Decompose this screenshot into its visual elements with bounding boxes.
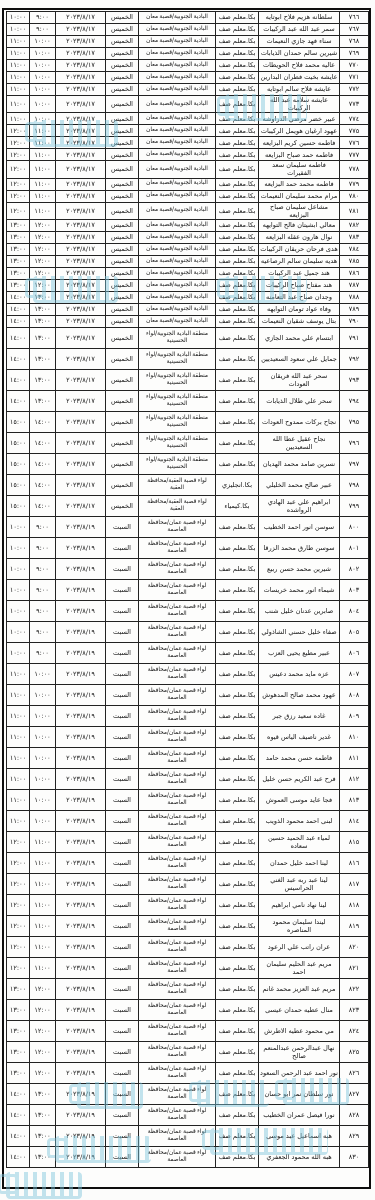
cell-from: ١٢:٠٠ <box>30 219 56 231</box>
cell-directorate: لواء قصبة عمان/محافظة العاصمة <box>139 873 216 894</box>
schedule-table: ٧٦٦سلطانه هزيم فلاح ابوتايهبكا.معلم صفال… <box>6 11 369 1168</box>
cell-qualification: بكا.معلم صف <box>216 663 259 684</box>
cell-day: السبت <box>106 894 139 915</box>
cell-day: السبت <box>106 1083 139 1104</box>
cell-to: ١٢:٠٠ <box>7 915 30 936</box>
cell-date: ٢٠٢٣/٨/١٧ <box>56 315 106 327</box>
cell-directorate: لواء قصبة عمان/محافظة العاصمة <box>139 726 216 747</box>
cell-qualification: بكا.معلم صف <box>216 726 259 747</box>
cell-day: الخميس <box>106 231 139 243</box>
cell-name: نجاح عقيل عطا الله السعيديين <box>259 432 340 453</box>
cell-from: ١٢:٠٠ <box>30 231 56 243</box>
cell-no: ٨٠١ <box>340 537 369 558</box>
cell-from: ١٠:٠٠ <box>30 705 56 726</box>
cell-from: ١٠:٠٠ <box>30 726 56 747</box>
cell-directorate: لواء قصبة عمان/محافظة العاصمة <box>139 1020 216 1041</box>
cell-no: ٧٩٦ <box>340 432 369 453</box>
cell-from: ١٠:٠٠ <box>30 48 56 60</box>
cell-name: فاطمه محمد حمد البزايعه <box>259 178 340 190</box>
cell-date: ٢٠٢٣/٨/١٧ <box>56 495 106 516</box>
cell-from: ١١:٠٠ <box>30 190 56 202</box>
cell-day: السبت <box>106 1062 139 1083</box>
cell-from: ١٢:٠٠ <box>30 999 56 1020</box>
table-row: ٨٢٥نهال عبدالرحمن عبدالمنعم صالحبكا.معلم… <box>7 1041 369 1062</box>
cell-date: ٢٠٢٣/٨/١٧ <box>56 231 106 243</box>
table-row: ٨٠٦عبير مطيع يحيى العزببكا.معلم صفلواء ق… <box>7 642 369 663</box>
cell-name: عايشه بخيت فطران البدارين <box>259 72 340 84</box>
cell-name: مريم عبد الحليم سليمان احمد <box>259 957 340 978</box>
cell-qualification: بكا.معلم صف <box>216 642 259 663</box>
cell-qualification: بكا.معلم صف <box>216 84 259 96</box>
cell-no: ٧٩٨ <box>340 474 369 495</box>
cell-name: صابرين عدنان خليل شنب <box>259 600 340 621</box>
cell-from: ٩:٠٠ <box>30 600 56 621</box>
cell-day: الخميس <box>106 60 139 72</box>
cell-date: ٢٠٢٣/٨/١٩ <box>56 768 106 789</box>
cell-name: عبير مطيع يحيى العزب <box>259 642 340 663</box>
cell-qualification: بكا.معلم صف <box>216 48 259 60</box>
cell-name: لينا احمد خليل حمدان <box>259 852 340 873</box>
cell-day: السبت <box>106 915 139 936</box>
cell-no: ٧٨٧ <box>340 279 369 291</box>
table-row: ٧٦٨سناء فهد جازي النعيماتبكا.معلم صفالبا… <box>7 36 369 48</box>
cell-directorate: منطقة البادية الجنوبية/لواء الحسينية <box>139 390 216 411</box>
cell-date: ٢٠٢٣/٨/١٧ <box>56 36 106 48</box>
cell-to: ١٣:٠٠ <box>7 255 30 267</box>
cell-to: ١٥:٠٠ <box>7 474 30 495</box>
cell-directorate: البادية الجنوبية/قصبة معان <box>139 96 216 113</box>
cell-from: ١١:٠٠ <box>30 831 56 852</box>
cell-no: ٨١٩ <box>340 915 369 936</box>
table-row: ٨١٨لينا نهاد نامي ابراهيمبكا.معلم صفلواء… <box>7 894 369 915</box>
cell-name: هبه الله محمود الجعفري <box>259 1146 340 1167</box>
cell-date: ٢٠٢٣/٨/١٩ <box>56 705 106 726</box>
cell-directorate: البادية الجنوبية/قصبة معان <box>139 178 216 190</box>
cell-directorate: منطقة البادية الجنوبية/لواء الحسينية <box>139 348 216 369</box>
cell-date: ٢٠٢٣/٨/١٧ <box>56 411 106 432</box>
cell-to: ١٢:٠٠ <box>7 936 30 957</box>
cell-name: لينا نهاد نامي ابراهيم <box>259 894 340 915</box>
table-row: ٧٩٣سحر عبد الله فريقان العوداتبكا.معلم ص… <box>7 369 369 390</box>
cell-no: ٨١٥ <box>340 831 369 852</box>
cell-day: السبت <box>106 642 139 663</box>
cell-date: ٢٠٢٣/٨/١٧ <box>56 279 106 291</box>
cell-from: ١٠:٠٠ <box>30 663 56 684</box>
table-row: ٧٩٦نجاح عقيل عطا الله السعيديينبكا.معلم … <box>7 432 369 453</box>
cell-day: السبت <box>106 1125 139 1146</box>
cell-qualification: بكا.معلم صف <box>216 600 259 621</box>
cell-to: ١١:٠٠ <box>7 84 30 96</box>
cell-directorate: البادية الجنوبية/قصبة معان <box>139 315 216 327</box>
cell-qualification: بكا.معلم صف <box>216 873 259 894</box>
cell-directorate: لواء قصبة عمان/محافظة العاصمة <box>139 810 216 831</box>
cell-directorate: البادية الجنوبية/قصبة معان <box>139 84 216 96</box>
cell-qualification: بكا.معلم صف <box>216 202 259 219</box>
cell-date: ٢٠٢٣/٨/١٩ <box>56 600 106 621</box>
cell-from: ٩:٠٠ <box>30 516 56 537</box>
cell-no: ٧٩٥ <box>340 411 369 432</box>
cell-directorate: لواء قصبة عمان/محافظة العاصمة <box>139 1062 216 1083</box>
cell-name: هند مفتاح صباح الركيبات <box>259 279 340 291</box>
cell-qualification: بكا.معلم صف <box>216 1125 259 1146</box>
cell-day: الخميس <box>106 178 139 190</box>
cell-day: السبت <box>106 1146 139 1167</box>
table-row: ٧٨٣نوال هارون عقله البزايعهبكا.معلم صفال… <box>7 231 369 243</box>
cell-day: السبت <box>106 957 139 978</box>
cell-directorate: منطقة البادية الجنوبية/لواء الحسينية <box>139 432 216 453</box>
cell-from: ١٣:٠٠ <box>30 327 56 348</box>
cell-qualification: بكا.معلم صف <box>216 12 259 24</box>
cell-directorate: البادية الجنوبية/قصبة معان <box>139 190 216 202</box>
cell-no: ٧٧٧ <box>340 149 369 161</box>
cell-date: ٢٠٢٣/٨/١٩ <box>56 789 106 810</box>
cell-date: ٢٠٢٣/٨/١٧ <box>56 348 106 369</box>
cell-no: ٧٧٦ <box>340 137 369 149</box>
cell-date: ٢٠٢٣/٨/١٧ <box>56 161 106 178</box>
cell-from: ١٣:٠٠ <box>30 1083 56 1104</box>
cell-to: ١٠:٠٠ <box>7 558 30 579</box>
cell-from: ١٠:٠٠ <box>30 789 56 810</box>
cell-from: ١٣:٠٠ <box>30 369 56 390</box>
cell-from: ١١:٠٠ <box>30 125 56 137</box>
table-row: ٨١١فاطمه حسن محمد حامدبكا.معلم صفلواء قص… <box>7 747 369 768</box>
cell-directorate: لواء قصبة عمان/محافظة العاصمة <box>139 936 216 957</box>
cell-day: الخميس <box>106 219 139 231</box>
cell-no: ٨٢٢ <box>340 978 369 999</box>
cell-day: السبت <box>106 537 139 558</box>
cell-name: مرام محمد سليمان النعيمات <box>259 190 340 202</box>
cell-to: ١٢:٠٠ <box>7 202 30 219</box>
cell-from: ١١:٠٠ <box>30 936 56 957</box>
cell-to: ١٢:٠٠ <box>7 873 30 894</box>
table-row: ٧٦٩شيرين سالم حمدان الذياباتبكا.معلم صفا… <box>7 48 369 60</box>
cell-date: ٢٠٢٣/٨/١٩ <box>56 684 106 705</box>
cell-no: ٧٩٠ <box>340 315 369 327</box>
cell-name: صفاء خليل حسني الشاذولي <box>259 621 340 642</box>
cell-qualification: بكا.معلم صف <box>216 96 259 113</box>
cell-from: ١٠:٠٠ <box>30 684 56 705</box>
cell-directorate: البادية الجنوبية/قصبة معان <box>139 303 216 315</box>
cell-day: السبت <box>106 621 139 642</box>
cell-directorate: لواء قصبة عمان/محافظة العاصمة <box>139 915 216 936</box>
cell-day: الخميس <box>106 279 139 291</box>
table-row: ٨٢٧نور سلطان نمر ابو حسانبكا.معلم صفلواء… <box>7 1083 369 1104</box>
cell-date: ٢٠٢٣/٨/١٩ <box>56 1125 106 1146</box>
cell-date: ٢٠٢٣/٨/١٩ <box>56 537 106 558</box>
cell-from: ١٢:٠٠ <box>30 243 56 255</box>
cell-name: نور سلطان نمر ابو حسان <box>259 1083 340 1104</box>
cell-no: ٨٢٧ <box>340 1083 369 1104</box>
cell-day: الخميس <box>106 453 139 474</box>
cell-date: ٢٠٢٣/٨/١٩ <box>56 579 106 600</box>
cell-directorate: البادية الجنوبية/قصبة معان <box>139 125 216 137</box>
cell-qualification: بكا.معلم صف <box>216 684 259 705</box>
cell-directorate: البادية الجنوبية/قصبة معان <box>139 243 216 255</box>
cell-date: ٢٠٢٣/٨/١٩ <box>56 978 106 999</box>
cell-name: سوسن انور احمد الخطيب <box>259 516 340 537</box>
table-row: ٧٧٦فاطمه حسين كريم البزايعهبكا.معلم صفال… <box>7 137 369 149</box>
cell-directorate: لواء قصبة عمان/محافظة العاصمة <box>139 621 216 642</box>
cell-to: ١٣:٠٠ <box>7 267 30 279</box>
cell-no: ٨١٢ <box>340 768 369 789</box>
cell-from: ١١:٠٠ <box>30 161 56 178</box>
cell-name: عايشه فلاح سالم ابوتايه <box>259 84 340 96</box>
cell-to: ١٠:٠٠ <box>7 24 30 36</box>
table-row: ٧٨٦هند جميل عبد الركيباتبكا.معلم صفالباد… <box>7 267 369 279</box>
cell-to: ١١:٠٠ <box>7 96 30 113</box>
cell-to: ١٢:٠٠ <box>7 852 30 873</box>
cell-directorate: لواء قصبة عمان/محافظة العاصمة <box>139 537 216 558</box>
table-row: ٧٨٥هديه سليمان سالم الرصاعيهبكا.معلم صفا… <box>7 255 369 267</box>
table-row: ٧٩١ابتسام علي محمد الجازيبكا.معلم صفمنطق… <box>7 327 369 348</box>
cell-to: ١٣:٠٠ <box>7 1062 30 1083</box>
cell-date: ٢٠٢٣/٨/١٩ <box>56 1041 106 1062</box>
cell-name: جمايل علي سعود السعيديين <box>259 348 340 369</box>
table-row: ٧٩٨عبير صالح محمد الخليليبكا.انجليزيلواء… <box>7 474 369 495</box>
cell-date: ٢٠٢٣/٨/١٩ <box>56 1083 106 1104</box>
table-row: ٨١٧لينا عبد ربه عبد الغني الحراسيسبكا.مع… <box>7 873 369 894</box>
table-row: ٨٢٤مي محمود عطيه الاطرشبكا.معلم صفلواء ق… <box>7 1020 369 1041</box>
cell-qualification: بكا.معلم صف <box>216 279 259 291</box>
cell-qualification: بكا.معلم صف <box>216 60 259 72</box>
table-row: ٧٨٠مرام محمد سليمان النعيماتبكا.معلم صفا… <box>7 190 369 202</box>
table-row: ٨٠٠سوسن انور احمد الخطيببكا.معلم صفلواء … <box>7 516 369 537</box>
cell-date: ٢٠٢٣/٨/١٩ <box>56 957 106 978</box>
cell-to: ١٣:٠٠ <box>7 1020 30 1041</box>
cell-no: ٧٦٧ <box>340 24 369 36</box>
cell-directorate: لواء قصبة عمان/محافظة العاصمة <box>139 558 216 579</box>
cell-name: هديه سليمان سالم الرصاعيه <box>259 255 340 267</box>
cell-no: ٨١٠ <box>340 726 369 747</box>
cell-day: السبت <box>106 873 139 894</box>
cell-directorate: البادية الجنوبية/قصبة معان <box>139 267 216 279</box>
cell-day: السبت <box>106 831 139 852</box>
cell-no: ٧٨٥ <box>340 255 369 267</box>
cell-no: ٨٠٢ <box>340 558 369 579</box>
cell-no: ٨٠٦ <box>340 642 369 663</box>
cell-day: الخميس <box>106 84 139 96</box>
cell-name: شيرين محمد حسن ربيع <box>259 558 340 579</box>
cell-to: ١٤:٠٠ <box>7 315 30 327</box>
cell-date: ٢٠٢٣/٨/١٩ <box>56 558 106 579</box>
cell-day: الخميس <box>106 348 139 369</box>
table-row: ٧٨٢معالي ابشيتان فالح التوايههبكا.معلم ص… <box>7 219 369 231</box>
cell-name: مشاعل سليمان صباح البزايعه <box>259 202 340 219</box>
schedule-table-body: ٧٦٦سلطانه هزيم فلاح ابوتايهبكا.معلم صفال… <box>7 12 369 1168</box>
cell-name: بتال يوسف شقيان النعيمات <box>259 315 340 327</box>
table-row: ٧٧٣عايشه سلامه عبد الله الركيباتبكا.معلم… <box>7 96 369 113</box>
cell-no: ٧٨١ <box>340 202 369 219</box>
cell-qualification: بكا.كيمياء <box>216 495 259 516</box>
cell-no: ٧٨٠ <box>340 190 369 202</box>
cell-no: ٧٧٣ <box>340 96 369 113</box>
cell-date: ٢٠٢٣/٨/١٧ <box>56 84 106 96</box>
cell-day: الخميس <box>106 255 139 267</box>
cell-to: ١١:٠٠ <box>7 705 30 726</box>
cell-qualification: بكا.معلم صف <box>216 1020 259 1041</box>
cell-no: ٨٢٦ <box>340 1062 369 1083</box>
cell-no: ٧٧٨ <box>340 161 369 178</box>
cell-no: ٨٢٣ <box>340 999 369 1020</box>
cell-to: ١٥:٠٠ <box>7 453 30 474</box>
cell-qualification: بكا.معلم صف <box>216 178 259 190</box>
cell-day: السبت <box>106 1104 139 1125</box>
cell-date: ٢٠٢٣/٨/١٧ <box>56 453 106 474</box>
cell-to: ١١:٠٠ <box>7 789 30 810</box>
cell-day: الخميس <box>106 190 139 202</box>
cell-date: ٢٠٢٣/٨/١٧ <box>56 202 106 219</box>
cell-name: عبير صالح محمد الخليلي <box>259 474 340 495</box>
cell-day: الخميس <box>106 474 139 495</box>
cell-qualification: بكا.معلم صف <box>216 327 259 348</box>
table-row: ٨٢٩هبه اسماعيل عبد موسىبكا.معلم صفلواء ق… <box>7 1125 369 1146</box>
cell-to: ١٤:٠٠ <box>7 369 30 390</box>
table-row: ٨٠٣شيماء انور محمد خريساتبكا.معلم صفلواء… <box>7 579 369 600</box>
cell-directorate: البادية الجنوبية/قصبة معان <box>139 161 216 178</box>
cell-from: ٩:٠٠ <box>30 537 56 558</box>
cell-name: نهال عبدالرحمن عبدالمنعم صالح <box>259 1041 340 1062</box>
cell-to: ١٠:٠٠ <box>7 621 30 642</box>
cell-no: ٧٧٥ <box>340 125 369 137</box>
cell-name: نور احمد عبد الرحمن السعود <box>259 1062 340 1083</box>
cell-day: الخميس <box>106 149 139 161</box>
cell-day: الخميس <box>106 315 139 327</box>
table-row: ٨٠٤صابرين عدنان خليل شنببكا.معلم صفلواء … <box>7 600 369 621</box>
cell-qualification: بكا.معلم صف <box>216 149 259 161</box>
cell-from: ١٢:٠٠ <box>30 978 56 999</box>
cell-date: ٢٠٢٣/٨/١٩ <box>56 831 106 852</box>
cell-from: ١٠:٠٠ <box>30 113 56 125</box>
table-row: ٨١٢فرح عبد الكريم حسن خليلبكا.معلم صفلوا… <box>7 768 369 789</box>
cell-directorate: لواء قصبة عمان/محافظة العاصمة <box>139 642 216 663</box>
cell-date: ٢٠٢٣/٨/١٩ <box>56 1104 106 1125</box>
cell-day: الخميس <box>106 161 139 178</box>
cell-qualification: بكا.معلم صف <box>216 936 259 957</box>
cell-directorate: منطقة البادية الجنوبية/لواء الحسينية <box>139 369 216 390</box>
cell-from: ١٠:٠٠ <box>30 96 56 113</box>
cell-name: مي محمود عطيه الاطرش <box>259 1020 340 1041</box>
cell-directorate: البادية الجنوبية/قصبة معان <box>139 72 216 84</box>
cell-no: ٨٠٥ <box>340 621 369 642</box>
cell-to: ١٢:٠٠ <box>7 149 30 161</box>
cell-no: ٨٠٠ <box>340 516 369 537</box>
cell-no: ٧٨٣ <box>340 231 369 243</box>
cell-directorate: البادية الجنوبية/قصبة معان <box>139 279 216 291</box>
cell-day: الخميس <box>106 327 139 348</box>
cell-no: ٨١٧ <box>340 873 369 894</box>
cell-name: فاطمه حمد صباح البزايعه <box>259 149 340 161</box>
cell-directorate: البادية الجنوبية/قصبة معان <box>139 291 216 303</box>
cell-day: السبت <box>106 663 139 684</box>
cell-from: ١١:٠٠ <box>30 178 56 190</box>
cell-from: ١١:٠٠ <box>30 957 56 978</box>
cell-from: ١١:٠٠ <box>30 149 56 161</box>
cell-qualification: بكا.معلم صف <box>216 831 259 852</box>
cell-directorate: لواء قصبة عمان/محافظة العاصمة <box>139 768 216 789</box>
cell-directorate: البادية الجنوبية/قصبة معان <box>139 113 216 125</box>
cell-day: السبت <box>106 852 139 873</box>
cell-day: السبت <box>106 558 139 579</box>
table-row: ٨٢١مريم عبد الحليم سليمان احمدبكا.معلم ص… <box>7 957 369 978</box>
cell-from: ١٣:٠٠ <box>30 303 56 315</box>
cell-day: الخميس <box>106 432 139 453</box>
cell-directorate: لواء قصبة عمان/محافظة العاصمة <box>139 831 216 852</box>
cell-to: ١١:٠٠ <box>7 113 30 125</box>
cell-to: ١٢:٠٠ <box>7 894 30 915</box>
cell-date: ٢٠٢٣/٨/١٧ <box>56 474 106 495</box>
cell-day: السبت <box>106 600 139 621</box>
cell-name: شيماء انور محمد خريسات <box>259 579 340 600</box>
cell-date: ٢٠٢٣/٨/١٩ <box>56 936 106 957</box>
cell-name: فاطمه حسن محمد حامد <box>259 747 340 768</box>
cell-to: ١٠:٠٠ <box>7 579 30 600</box>
table-row: ٧٧٩فاطمه محمد حمد البزايعهبكا.معلم صفالب… <box>7 178 369 190</box>
cell-qualification: بكا.معلم صف <box>216 303 259 315</box>
table-row: ٧٦٧سمر عبد الله عبد الركيباتبكا.معلم صفا… <box>7 24 369 36</box>
cell-qualification: بكا.معلم صف <box>216 243 259 255</box>
table-row: ٧٧٨فاطمه سليمان سعد الفقيراتبكا.معلم صفا… <box>7 161 369 178</box>
cell-directorate: لواء قصبة عمان/محافظة العاصمة <box>139 1083 216 1104</box>
cell-qualification: بكا.معلم صف <box>216 1104 259 1125</box>
cell-directorate: البادية الجنوبية/قصبة معان <box>139 12 216 24</box>
cell-name: هدى فرحان حريقان الركيبات <box>259 243 340 255</box>
cell-directorate: البادية الجنوبية/قصبة معان <box>139 36 216 48</box>
cell-day: الخميس <box>106 24 139 36</box>
table-row: ٧٧٠عاليه محمد فلاح الحويطاتبكا.معلم صفال… <box>7 60 369 72</box>
cell-date: ٢٠٢٣/٨/١٩ <box>56 1062 106 1083</box>
cell-no: ٧٧٠ <box>340 60 369 72</box>
cell-day: الخميس <box>106 303 139 315</box>
cell-no: ٧٦٩ <box>340 48 369 60</box>
cell-from: ١٢:٠٠ <box>30 279 56 291</box>
cell-directorate: البادية الجنوبية/قصبة معان <box>139 202 216 219</box>
table-row: ٧٩٤سحر علي طلال الذياباتبكا.معلم صفمنطقة… <box>7 390 369 411</box>
cell-name: لبنى احمد محمود الذويب <box>259 810 340 831</box>
cell-day: الخميس <box>106 291 139 303</box>
cell-from: ١٠:٠٠ <box>30 60 56 72</box>
cell-directorate: منطقة البادية الجنوبية/لواء الحسينية <box>139 411 216 432</box>
cell-qualification: بكا.معلم صف <box>216 894 259 915</box>
cell-no: ٨١٤ <box>340 810 369 831</box>
cell-name: غدير ناصيف الياس قيوه <box>259 726 340 747</box>
cell-no: ٧٧١ <box>340 72 369 84</box>
cell-date: ٢٠٢٣/٨/١٧ <box>56 178 106 190</box>
cell-to: ١٣:٠٠ <box>7 999 30 1020</box>
cell-day: الخميس <box>106 113 139 125</box>
cell-date: ٢٠٢٣/٨/١٧ <box>56 369 106 390</box>
cell-day: السبت <box>106 768 139 789</box>
cell-no: ٨٠٤ <box>340 600 369 621</box>
cell-name: وفاء عواد تومان التوايهه <box>259 303 340 315</box>
cell-from: ١١:٠٠ <box>30 915 56 936</box>
cell-date: ٢٠٢٣/٨/١٩ <box>56 810 106 831</box>
cell-to: ١٣:٠٠ <box>7 219 30 231</box>
cell-directorate: لواء قصبة عمان/محافظة العاصمة <box>139 600 216 621</box>
cell-from: ١٠:٠٠ <box>30 747 56 768</box>
cell-qualification: بكا.معلم صف <box>216 1062 259 1083</box>
cell-from: ١٢:٠٠ <box>30 1062 56 1083</box>
cell-qualification: بكا.انجليزي <box>216 474 259 495</box>
cell-name: نورا فيصل عمران الخطيب <box>259 1104 340 1125</box>
cell-to: ١٤:٠٠ <box>7 291 30 303</box>
cell-from: ١٠:٠٠ <box>30 810 56 831</box>
cell-directorate: لواء قصبة عمان/محافظة العاصمة <box>139 705 216 726</box>
cell-name: عبير خضر مرضي الدراوشه <box>259 113 340 125</box>
cell-name: سناء فهد جازي النعيمات <box>259 36 340 48</box>
cell-to: ١٠:٠٠ <box>7 642 30 663</box>
cell-from: ١٣:٠٠ <box>30 1146 56 1167</box>
cell-to: ١٠:٠٠ <box>7 600 30 621</box>
